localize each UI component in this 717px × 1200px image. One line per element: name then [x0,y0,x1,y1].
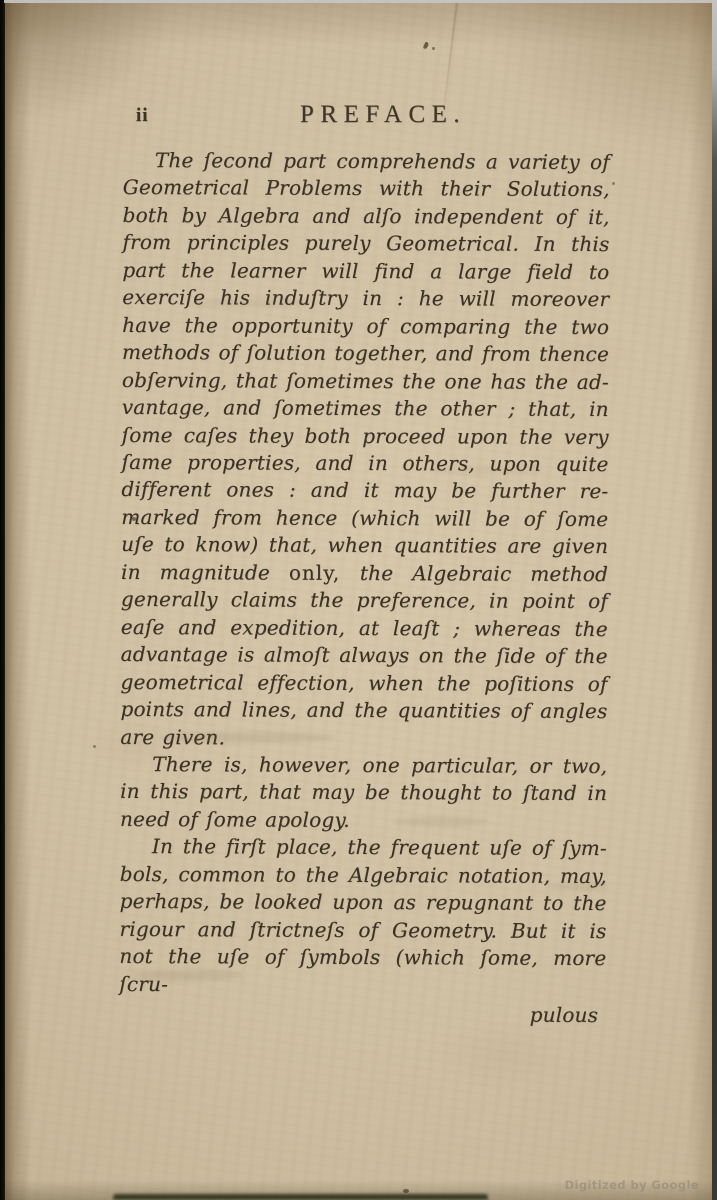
text-line: exerciſe his induſtry in : he will moreo… [122,284,609,314]
digitization-watermark: Digitized by Google [565,1180,699,1192]
text-segment: the Algebraic method [360,561,608,586]
text-line: uſe to know) that, when quantities are g… [121,531,608,561]
text-line: perhaps, be looked upon as repugnant to … [120,888,607,918]
ink-speck [612,182,615,185]
text-line: are given. [120,723,607,753]
text-line: from principles purely Geometrical. In t… [122,229,609,259]
text-line: vantage, and ſometimes the other ; that,… [122,394,609,424]
text-line: rigour and ſtrictneſs of Geometry. But i… [119,916,606,946]
text-line: points and lines, and the quantities of … [120,696,607,726]
text-line: advantage is almoſt always on the ſide o… [121,641,608,671]
paper-sheet: ii PREFACE. The ſecond part comprehends … [5,0,712,1200]
text-line: different ones : and it may be further r… [121,476,608,506]
text-line: geometrical effection, when the poſition… [121,669,608,699]
ink-speck [93,745,96,748]
scan-edge-left-binding [0,0,5,1200]
text-line: obſerving, that ſometimes the one has th… [122,367,609,397]
text-line: Geometrical Problems with their Solution… [123,174,610,204]
text-line: bols, common to the Algebraic notation, … [120,861,607,891]
text-line: in this part, that may be thought to ſta… [120,778,607,808]
scan-edge-right [712,0,717,1200]
text-line: methods of ſolution together, and from t… [122,339,609,369]
text-line: generally claims the preference, in poin… [121,586,608,616]
text-line: The ſecond part comprehends a variety of [123,147,610,177]
text-line: There is, however, one particular, or tw… [120,751,607,781]
ink-speck [432,47,435,50]
folio-page-number: ii [136,106,149,125]
text-block: The ſecond part comprehends a variety of… [119,147,610,1030]
text-line: ſame properties, and in others, upon qui… [121,449,608,479]
scan-bottom-shadow [113,1194,488,1200]
page-header-row: ii PREFACE. [5,100,712,140]
text-line: eaſe and expedition, at leaſt ; whereas … [121,614,608,644]
text-segment: in magnitude [121,560,289,585]
ink-speck [423,41,430,49]
text-line: ſome caſes they both proceed upon the ve… [122,421,609,451]
text-segment-roman: only, [289,560,360,584]
catchword: pulous [119,1000,606,1030]
text-line: both by Algebra and alſo independent of … [123,202,610,232]
page-title: PREFACE. [300,100,466,130]
scan-edge-top [4,0,712,3]
text-line: need of ſome apology. [120,806,607,836]
text-line: part the learner will find a large field… [122,257,609,287]
text-line: have the opportunity of comparing the tw… [122,312,609,342]
ink-speck [403,1189,409,1193]
scanned-book-page: ii PREFACE. The ſecond part comprehends … [0,0,717,1200]
text-line: not the uſe of ſymbols (which ſome, more… [119,943,606,1000]
text-line: In the firſt place, the frequent uſe of … [120,833,607,863]
text-line: marked from hence (which will be of ſome [121,504,608,534]
text-line: in magnitude only, the Algebraic method [121,559,608,589]
